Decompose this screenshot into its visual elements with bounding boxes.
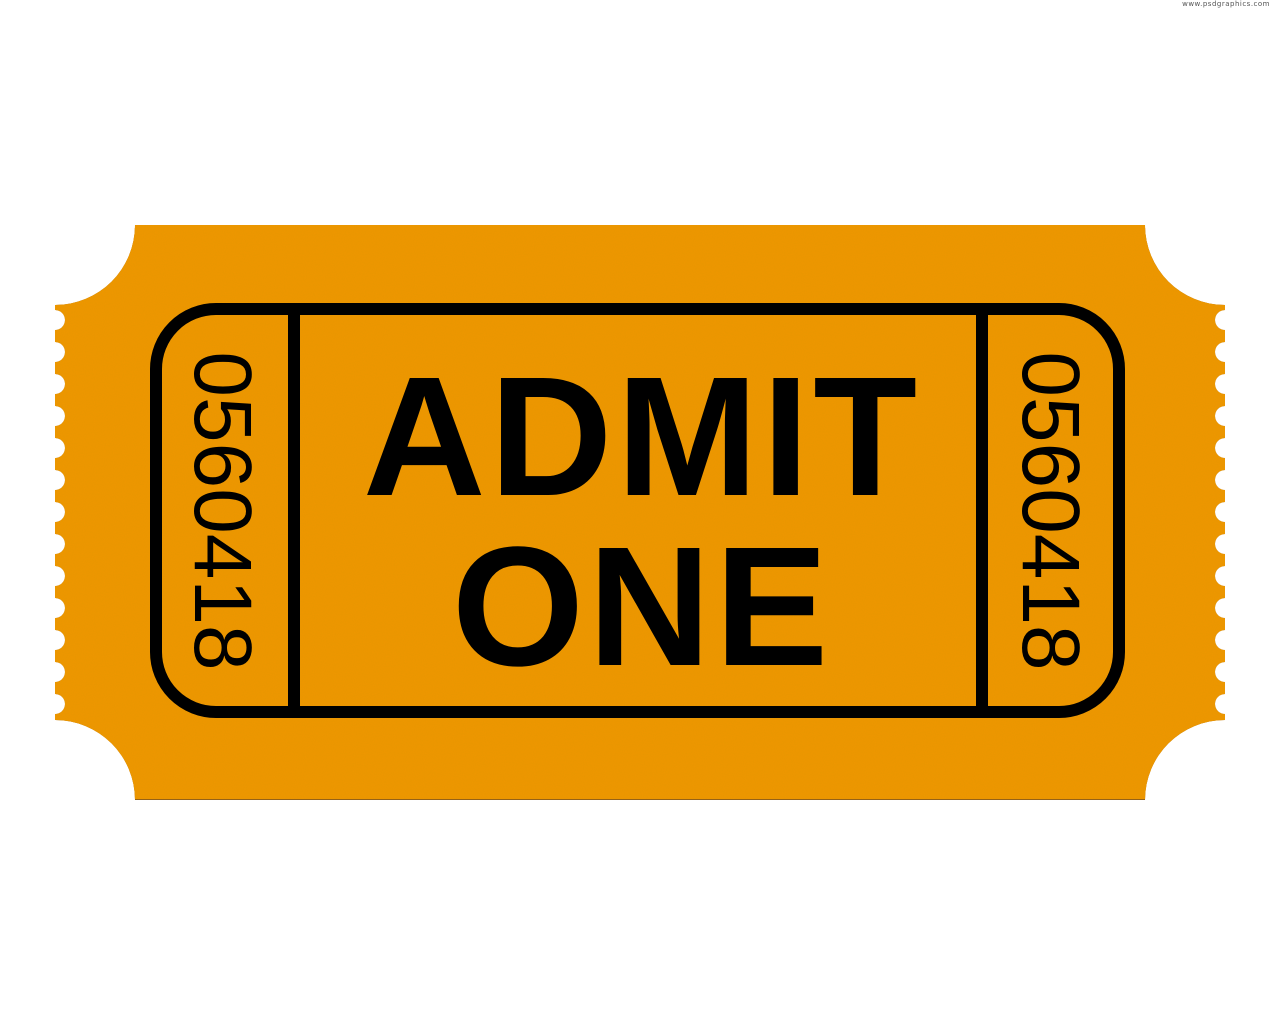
serial-number-left: 0560418 — [181, 351, 263, 671]
serial-number-right: 0560418 — [1009, 351, 1091, 671]
canvas: www.psdgraphics.com — [0, 0, 1280, 1024]
one-text: ONE — [300, 522, 984, 692]
admit-text: ADMIT — [300, 352, 984, 522]
